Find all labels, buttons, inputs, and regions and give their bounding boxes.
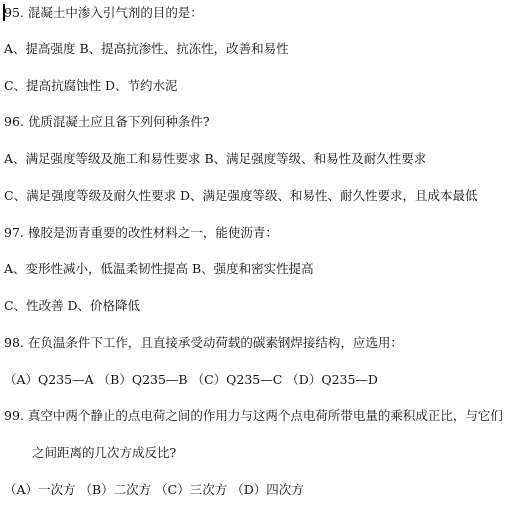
question-95-options-cd: C、提高抗腐蚀性 D、节约水泥: [4, 78, 178, 94]
question-99-stem: 99. 真空中两个静止的点电荷之间的作用力与这两个点电荷所带电量的乘积成正比，与…: [4, 408, 503, 424]
question-99-options: （A）一次方 （B）二次方 （C）三次方 （D）四次方: [4, 482, 304, 498]
question-96-options-cd: C、满足强度等级及耐久性要求 D、满足强度等级、和易性、耐久性要求，且成本最低: [4, 188, 478, 204]
question-97-options-ab: A、变形性减小，低温柔韧性提高 B、强度和密实性提高: [4, 261, 314, 277]
question-97-options-cd: C、性改善 D、价格降低: [4, 298, 140, 314]
question-98-options: （A）Q235—A （B）Q235—B （C）Q235—C （D）Q235—D: [4, 372, 378, 388]
question-97-stem: 97. 橡胶是沥青重要的改性材料之一，能使沥青：: [4, 225, 278, 241]
question-95-stem: 95. 混凝土中渗入引气剂的目的是：: [4, 5, 203, 21]
question-96-options-ab: A、满足强度等级及施工和易性要求 B、满足强度等级、和易性及耐久性要求: [4, 151, 426, 167]
question-99-stem-continued: 之间距离的几次方成反比?: [32, 445, 176, 461]
question-95-options-ab: A、提高强度 B、提高抗渗性、抗冻性，改善和易性: [4, 41, 289, 57]
question-98-stem: 98. 在负温条件下工作，且直接承受动荷载的碳素钢焊接结构，应选用：: [4, 335, 403, 351]
question-96-stem: 96. 优质混凝土应且备下列何种条件?: [4, 114, 210, 130]
